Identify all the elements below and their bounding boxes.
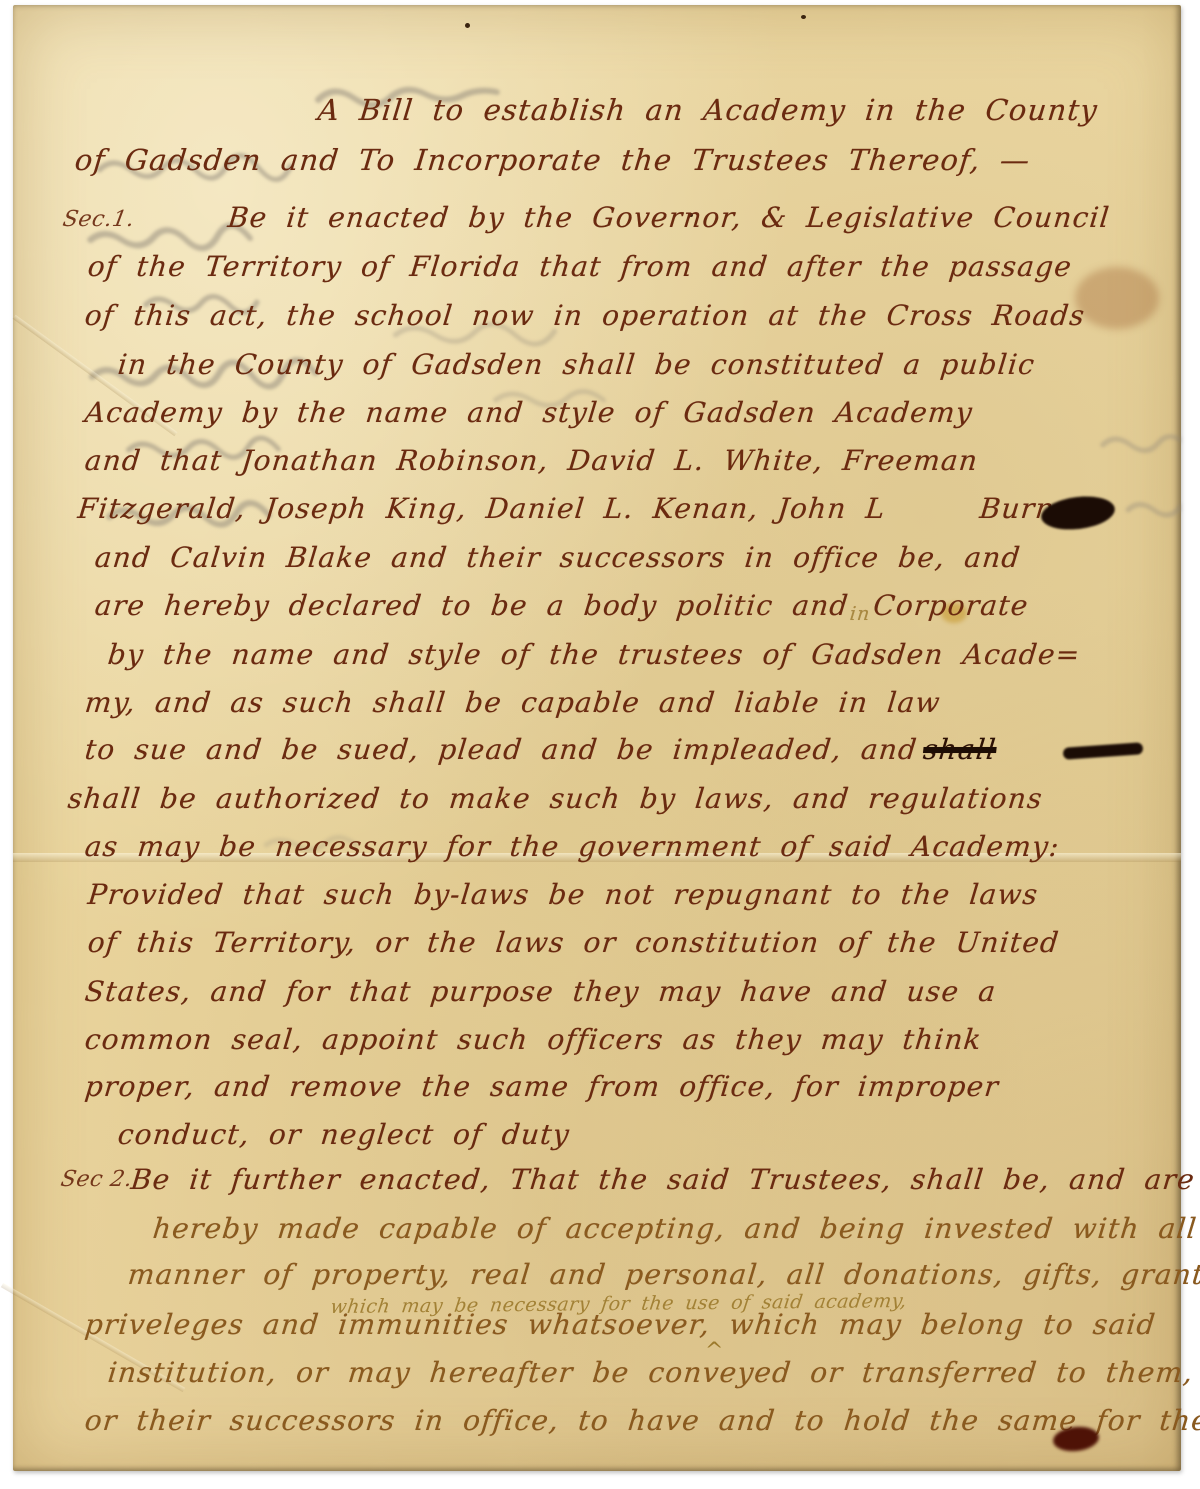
body-line-with-blot: Fitzgerald, Joseph King, Daniel L. Kenan… (76, 492, 1091, 525)
title-text: A Bill to establish an Academy in the Co… (316, 93, 1100, 127)
body-line: of the Territory of Florida that from an… (86, 250, 1074, 283)
body-line: in the County of Gadsden shall be consti… (116, 348, 1037, 381)
body-line: as may be necessary for the government o… (83, 830, 1061, 863)
title-text: of Gadsden and To Incorporate the Truste… (73, 143, 1032, 177)
ink-blot (1063, 742, 1144, 760)
ink-speck (801, 15, 806, 19)
scan-background: A Bill to establish an Academy in the Co… (0, 0, 1200, 1489)
body-line-with-strikeout: to sue and be sued, plead and be implead… (83, 733, 998, 766)
body-line: conduct, or neglect of duty (116, 1118, 571, 1151)
body-line: and that Jonathan Robinson, David L. Whi… (83, 444, 980, 477)
manuscript-paper: A Bill to establish an Academy in the Co… (13, 5, 1181, 1471)
strikethrough-word: shall (922, 733, 998, 766)
body-line: or their successors in office, to have a… (83, 1404, 1200, 1437)
title-line-2: of Gadsden and To Incorporate the Truste… (73, 143, 1032, 177)
body-line: manner of property, real and personal, a… (126, 1258, 1200, 1291)
body-line: institution, or may hereafter be conveye… (106, 1356, 1195, 1389)
body-line: of this act, the school now in operation… (83, 299, 1087, 332)
section-label-1: Sec.1. (61, 207, 137, 232)
body-line: and Calvin Blake and their successors in… (93, 541, 1022, 574)
title-line-1: A Bill to establish an Academy in the Co… (316, 93, 1100, 127)
body-line: Provided that such by-laws be not repugn… (86, 878, 1040, 911)
inserted-word: in (849, 603, 872, 625)
body-line: of this Territory, or the laws or consti… (86, 926, 1061, 959)
ink-speck (465, 23, 470, 28)
stain (1075, 267, 1159, 329)
body-line: proper, and remove the same from office,… (83, 1070, 1001, 1103)
body-line: Be it further enacted, That the said Tru… (129, 1163, 1196, 1196)
body-line: Academy by the name and style of Gadsden… (83, 396, 974, 429)
body-line: hereby made capable of accepting, and be… (151, 1212, 1198, 1245)
section-label-2: Sec 2. (59, 1167, 135, 1192)
body-line: States, and for that purpose they may ha… (83, 975, 998, 1008)
body-line: priveleges and immunities whatsoever, wh… (83, 1308, 1157, 1341)
body-line: my, and as such shall be capable and lia… (83, 686, 942, 719)
body-line: Be it enacted by the Governor, & Legisla… (226, 201, 1111, 234)
body-line: by the name and style of the trustees of… (106, 638, 1082, 671)
body-line: common seal, appoint such officers as th… (83, 1023, 983, 1056)
body-line: shall be authorized to make such by laws… (66, 782, 1044, 815)
body-line: are hereby declared to be a body politic… (93, 589, 1030, 622)
